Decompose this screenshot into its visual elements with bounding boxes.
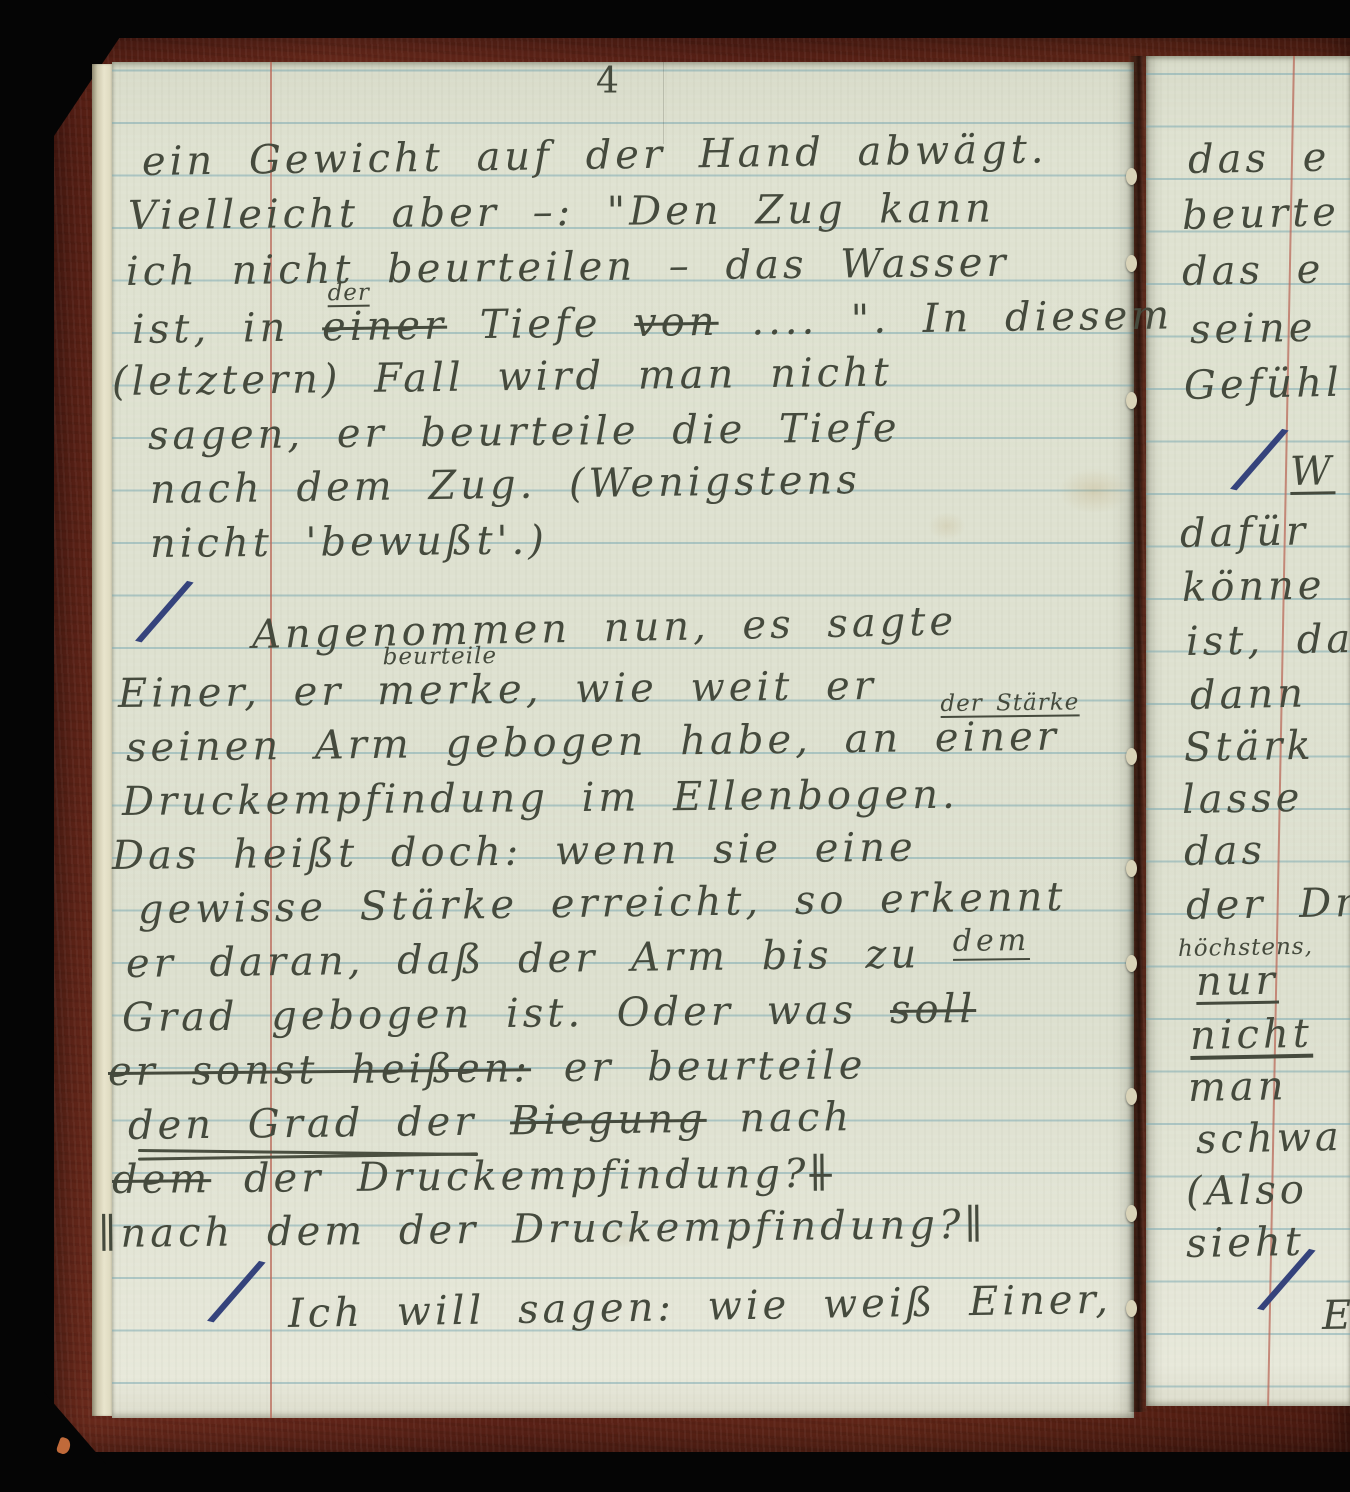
correction: der Stärkeeiner: [935, 717, 1061, 759]
paper-stain: [928, 512, 966, 540]
struck-word: Biegung: [510, 1096, 707, 1144]
binding-stitch: [1126, 168, 1137, 185]
manuscript-fragment: dafür: [1180, 511, 1310, 554]
manuscript-line: ∥nach dem der Druckempfindung?∥: [98, 1205, 987, 1254]
base-word: merke: [377, 667, 526, 715]
manuscript-fragment: Gefühl: [1184, 363, 1344, 406]
manuscript-line: Vielleicht aber –: "Den Zug kann: [128, 188, 995, 236]
manuscript-photograph: 4 ein Gewicht auf der Hand abwägt. Viell…: [0, 0, 1350, 1492]
manuscript-fragment: das e: [1188, 138, 1331, 180]
manuscript-fragment: Stärk: [1184, 726, 1315, 768]
manuscript-line: ein Gewicht auf der Hand abwägt.: [142, 129, 1048, 182]
manuscript-line: er daran, daß der Arm bis zu dem: [126, 933, 1031, 984]
binding-stitch: [1126, 255, 1137, 272]
base-word: einer: [935, 714, 1061, 762]
manuscript-fragment: (Also: [1186, 1170, 1309, 1212]
line-text: nach: [739, 1094, 853, 1141]
manuscript-line: Grad gebogen ist. Oder was soll: [122, 989, 977, 1038]
manuscript-fragment: nicht: [1190, 1014, 1314, 1056]
binding-stitch: [1126, 748, 1137, 765]
manuscript-fragment: könne: [1182, 565, 1326, 607]
correction: dereiner: [322, 306, 448, 348]
manuscript-line: dem der Druckempfindung?∥: [112, 1154, 832, 1200]
manuscript-fragment: W: [1290, 451, 1336, 492]
manuscript-fragment: E: [1322, 1295, 1350, 1336]
struck-phrase: er sonst heißen:: [108, 1045, 531, 1095]
manuscript-line: er sonst heißen: er beurteile: [108, 1045, 867, 1092]
struck-word: von: [634, 299, 719, 346]
manuscript-fragment: nur: [1196, 961, 1279, 1002]
line-text: seinen Arm gebogen habe, an: [126, 716, 903, 771]
manuscript-fragment: seine: [1190, 308, 1317, 350]
inserted-word: der Stärke: [940, 691, 1079, 718]
binding-stitch: [1126, 392, 1137, 409]
manuscript-fragment: beurte: [1182, 192, 1341, 236]
manuscript-line: Einer, er beurteilemerke, wie weit er: [118, 666, 877, 714]
inserted-word: dem: [953, 923, 1031, 961]
line-text: ist, in: [132, 305, 290, 353]
binding-stitch: [1126, 1205, 1137, 1222]
manuscript-line: ich nicht beurteilen – das Wasser: [126, 243, 1010, 292]
page-number: 4: [596, 64, 619, 100]
manuscript-fragment: lasse: [1182, 778, 1304, 820]
line-text: Einer, er: [118, 669, 345, 717]
manuscript-fragment: ist, da: [1186, 619, 1350, 662]
line-text: , wie weit er: [525, 663, 877, 713]
line-text: .... ". In diesem: [751, 292, 1173, 344]
binding-stitch: [1126, 1300, 1137, 1317]
binding-stitch: [1126, 1088, 1137, 1105]
line-text: den Grad der: [128, 1099, 478, 1149]
struck-word: soll: [890, 986, 977, 1033]
struck-word: einer: [322, 303, 448, 351]
line-text: der Druckempfindung?: [244, 1151, 810, 1202]
manuscript-line: sagen, er beurteile die Tiefe: [148, 408, 901, 456]
manuscript-fragment: dann: [1190, 674, 1308, 716]
line-text: Tiefe: [480, 300, 602, 348]
manuscript-fragment: das: [1184, 830, 1267, 872]
manuscript-fragment: schwa: [1196, 1117, 1344, 1160]
struck-word: dem: [112, 1156, 212, 1203]
line-text: er daran, daß der Arm bis zu: [126, 931, 921, 987]
manuscript-fragment: das e: [1182, 250, 1325, 292]
line-text: Grad gebogen ist. Oder was: [122, 987, 858, 1041]
manuscript-fragment: man: [1188, 1066, 1288, 1108]
inserted-word: beurteile: [383, 645, 498, 669]
paper-stain: [1058, 468, 1130, 514]
inserted-word: der: [327, 282, 370, 308]
manuscript-line: nicht 'bewußt'.): [150, 521, 548, 564]
binding-stitch: [1126, 955, 1137, 972]
manuscript-line: Das heißt doch: wenn sie eine: [112, 828, 917, 876]
manuscript-line: Druckempfindung im Ellenbogen.: [122, 775, 959, 822]
binding-stitch: [1126, 860, 1137, 877]
correction: beurteilemerke: [377, 670, 526, 712]
line-text: er beurteile: [564, 1042, 867, 1091]
manuscript-line: (letztern) Fall wird man nicht: [112, 352, 893, 402]
manuscript-line: den Grad der Biegung nach: [128, 1097, 854, 1146]
manuscript-line: nach dem Zug. (Wenigstens: [150, 460, 861, 510]
manuscript-line: seinen Arm gebogen habe, an der Stärkeei…: [126, 717, 1060, 768]
manuscript-fragment: der Dr: [1186, 883, 1350, 926]
struck-mark: ∥: [809, 1151, 832, 1197]
